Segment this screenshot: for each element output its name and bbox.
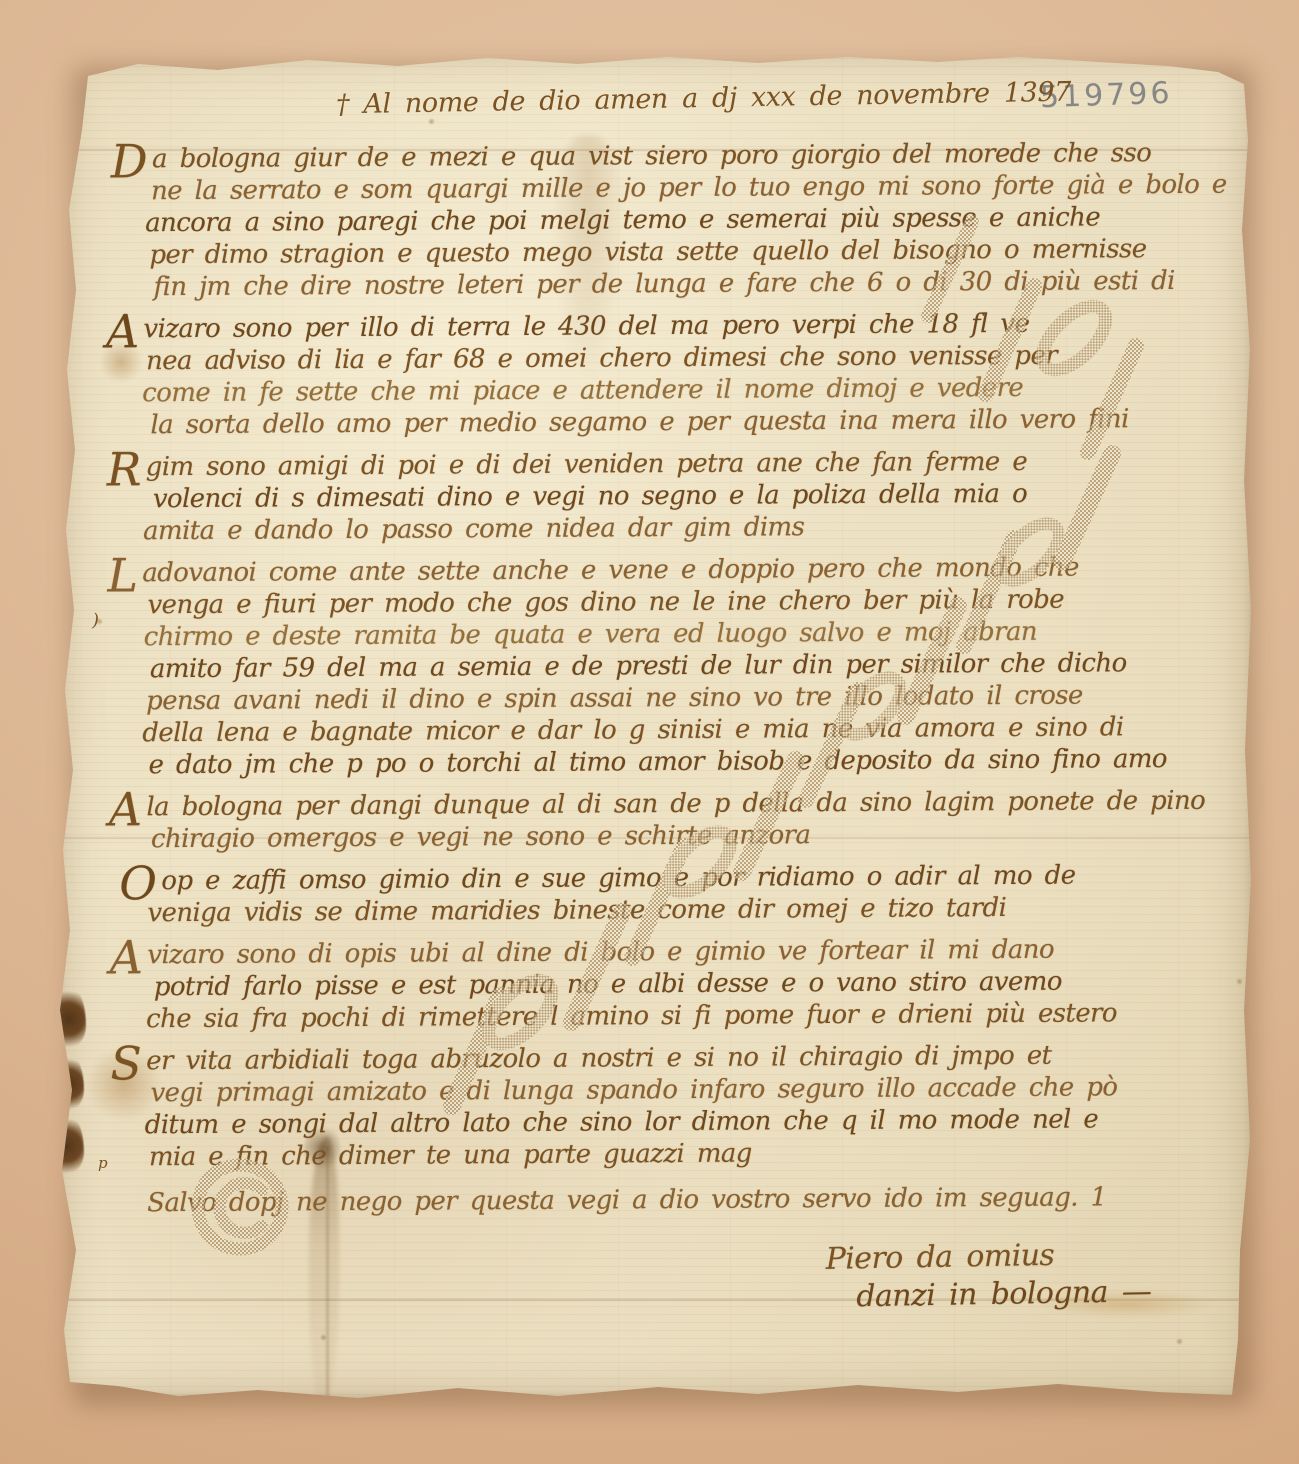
manuscript-line: e dato jm che p po o torchi al timo amor… (148, 743, 1250, 782)
manuscript-line: amita e dando lo passo come nidea dar gi… (143, 509, 1249, 548)
paragraph: Da bologna giur de e mezi e qua vist sie… (105, 137, 1248, 304)
farewell-line: Salvo dopj ne nego per questa vegi a dio… (147, 1181, 1253, 1220)
paragraph-initial: D (111, 134, 148, 188)
seal-remnant (48, 1116, 84, 1176)
paragraph: Ladovanoi come ante sette anche e vene e… (107, 551, 1250, 782)
seal-remnant (52, 1056, 84, 1112)
paragraph: Avizaro sono di opis ubi al dine di bolo… (110, 933, 1253, 1036)
margin-mark: ) (92, 610, 99, 631)
seal-remnant (50, 988, 86, 1050)
manuscript-line: ditum e songi dal altro lato che sino lo… (145, 1103, 1253, 1142)
paragraph: Ala bologna per dangi dunque al di san d… (109, 785, 1251, 856)
paragraph: Avizaro sono per illo di terra le 430 de… (106, 307, 1249, 442)
foxing-dot (1176, 1338, 1183, 1345)
manuscript-line: chiragio omergos e vegi ne sono e schirt… (151, 817, 1251, 856)
letter-body: Da bologna giur de e mezi e qua vist sie… (105, 137, 1254, 1220)
paragraph-initial: A (109, 782, 142, 836)
manuscript-line: che sia fra pochi di rimettere l amino s… (146, 997, 1252, 1036)
paragraph-initial: A (110, 930, 143, 984)
manuscript-paper: 519796 † Al nome de dio amen a dj xxx de… (58, 50, 1252, 1398)
signature-line: danzi in bologna — (856, 1273, 1151, 1316)
manuscript-line: mia e fin che dimer te una parte guazzi … (149, 1135, 1253, 1174)
margin-mark: p (98, 1154, 108, 1172)
paragraph: Ser vita arbidiali toga abruzolo a nostr… (110, 1039, 1253, 1174)
invocation-header: † Al nome de dio amen a dj xxx de novemb… (336, 78, 1071, 121)
signature-line: Piero da omius (825, 1235, 1150, 1279)
paragraph-initial: A (106, 304, 139, 358)
foxing-dot (320, 1334, 327, 1341)
manuscript-line: veniga vidis se dime maridies bineste co… (147, 891, 1251, 930)
manuscript-line: amito far 59 del ma a semia e de presti … (150, 647, 1250, 686)
photograph-board: 519796 † Al nome de dio amen a dj xxx de… (0, 0, 1299, 1464)
manuscript-line: la sorta dello amo per medio segamo e pe… (150, 403, 1248, 442)
paragraph-initial: R (107, 442, 141, 496)
paragraph-initial: L (107, 548, 137, 602)
paragraph-initial: S (110, 1036, 141, 1090)
signature-block: Piero da omius danzi in bologna — (825, 1235, 1151, 1317)
foxing-dot (428, 118, 435, 125)
paragraph: Oop e zaffi omso gimio din e sue gimo e … (109, 859, 1251, 930)
manuscript-line: fin jm che dire nostre leteri per de lun… (154, 265, 1248, 304)
paragraph: Rgim sono amigi di poi e di dei veniden … (107, 445, 1250, 548)
